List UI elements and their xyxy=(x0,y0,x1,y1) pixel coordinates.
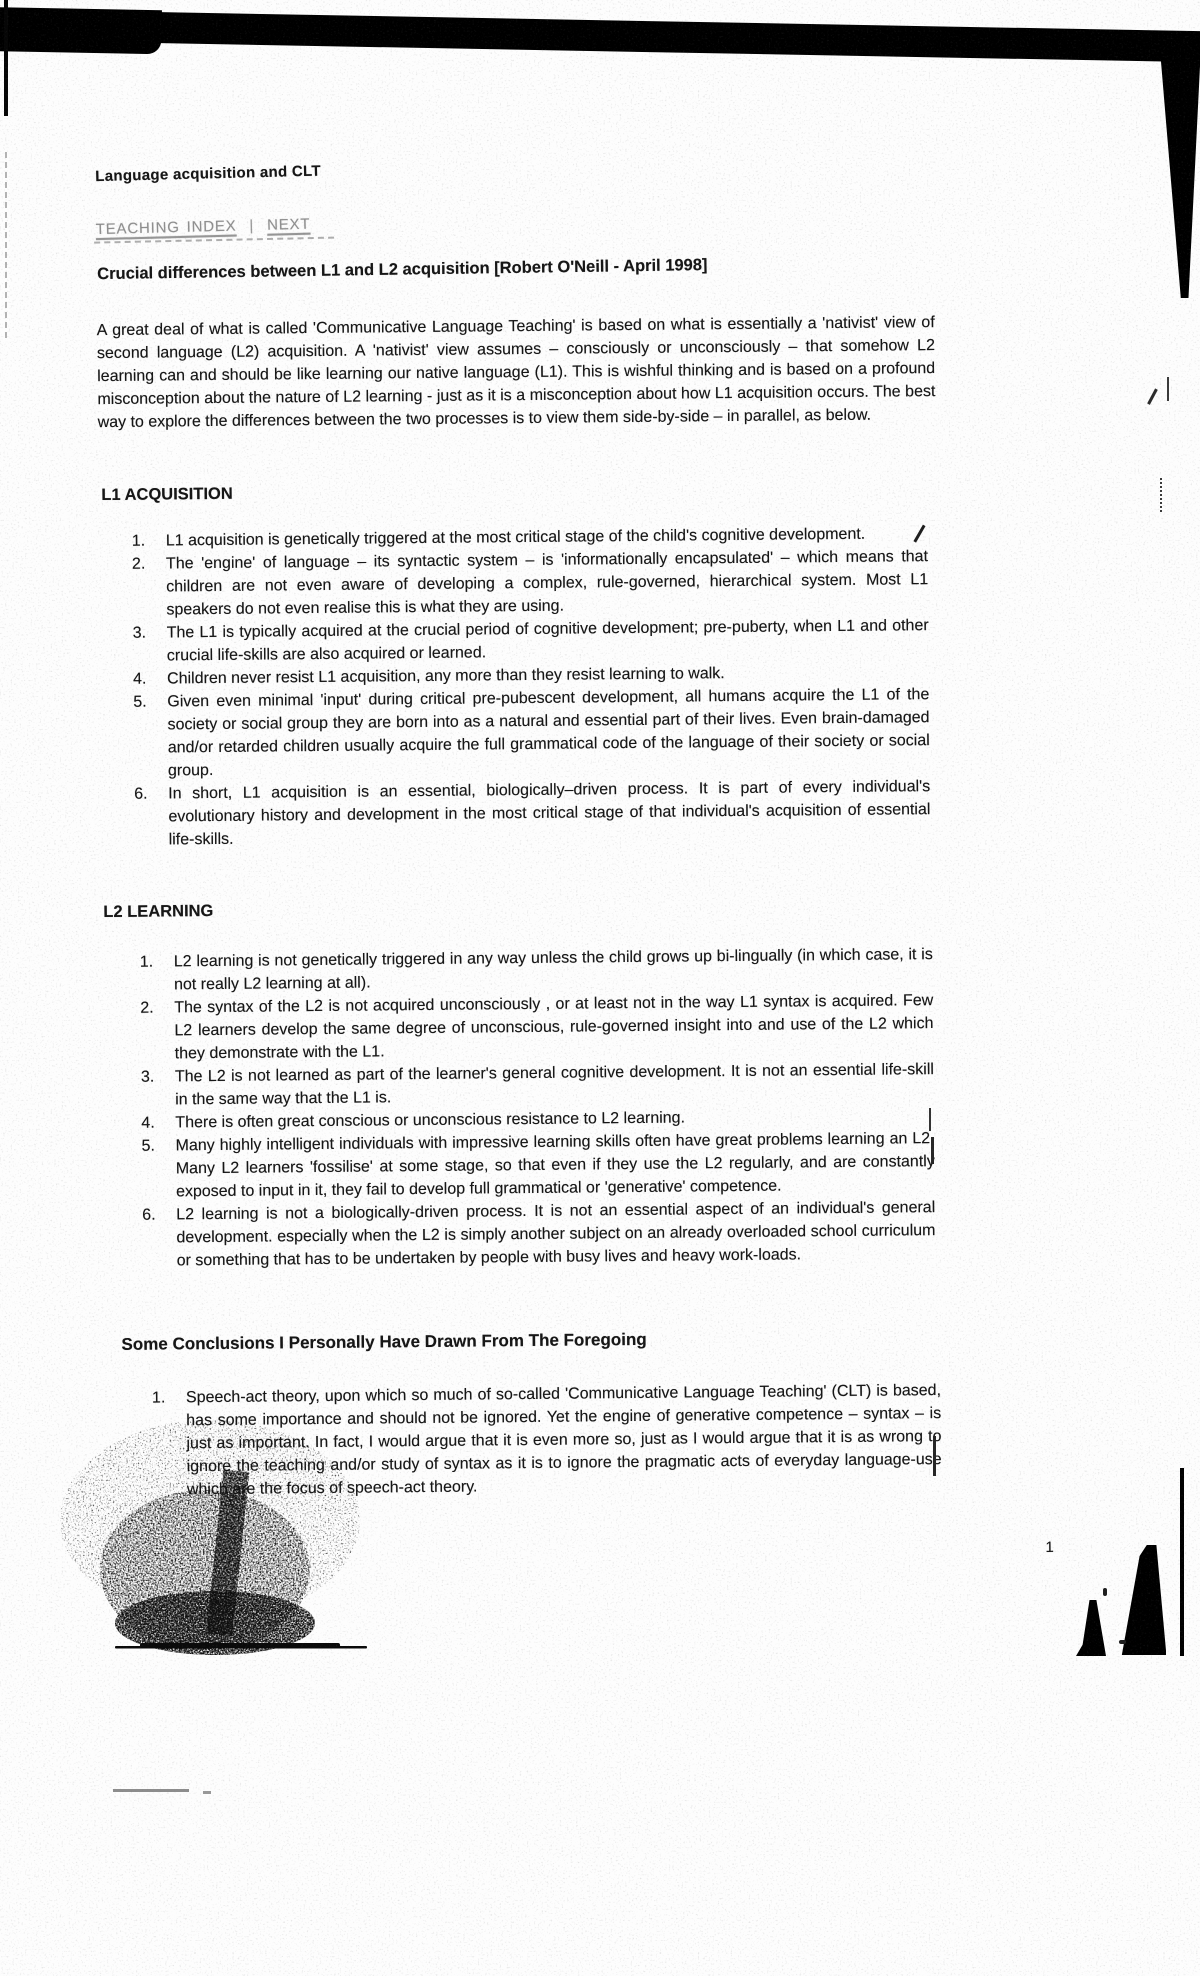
conclusions-heading: Some Conclusions I Personally Have Drawn… xyxy=(121,1328,841,1355)
scan-artifact-left-edge-dashes xyxy=(5,152,7,338)
l2-learning-list: 1. L2 learning is not genetically trigge… xyxy=(140,943,936,1273)
list-item: 3. The L2 is not learned as part of the … xyxy=(141,1058,934,1112)
list-item: 2. The 'engine' of language – its syntac… xyxy=(132,545,929,622)
scan-artifact-top-bar-left xyxy=(0,7,162,54)
scan-artifact-mark xyxy=(1160,478,1162,512)
list-item-number: 2. xyxy=(140,996,175,1065)
list-item-text: The L2 is not learned as part of the lea… xyxy=(175,1058,934,1111)
l2-learning-heading: L2 LEARNING xyxy=(103,902,213,922)
document-title: Crucial differences between L1 and L2 ac… xyxy=(97,254,877,285)
list-item-number: 6. xyxy=(134,782,169,851)
scan-artifact-mark xyxy=(1103,1588,1107,1596)
list-item: 5. Many highly intelligent individuals w… xyxy=(141,1127,935,1204)
list-item: 5. Given even minimal 'input' during cri… xyxy=(133,683,930,783)
list-item: 1. L2 learning is not genetically trigge… xyxy=(140,943,933,997)
l1-acquisition-heading: L1 ACQUISITION xyxy=(101,485,233,505)
next-link[interactable]: NEXT xyxy=(267,216,311,234)
list-item-text: Many highly intelligent individuals with… xyxy=(175,1127,935,1203)
document-header: Language acquisition and CLT xyxy=(95,163,321,186)
list-item-text: The 'engine' of language – its syntactic… xyxy=(166,545,929,621)
nav-links: TEACHING INDEX | NEXT xyxy=(96,216,311,238)
list-item-text: The syntax of the L2 is not acquired unc… xyxy=(174,989,934,1065)
scan-artifact-mark xyxy=(933,1436,936,1476)
intro-paragraph: A great deal of what is called 'Communic… xyxy=(97,311,936,434)
scan-artifact-mark xyxy=(1167,377,1169,401)
list-item-number: 3. xyxy=(133,621,167,667)
list-item-number: 3. xyxy=(141,1065,175,1111)
list-item-number: 5. xyxy=(141,1134,176,1203)
list-item-number: 4. xyxy=(133,667,167,690)
list-item-text: Given even minimal 'input' during critic… xyxy=(167,683,930,782)
list-item-number: 4. xyxy=(141,1111,175,1134)
scan-artifact-mark xyxy=(203,1791,211,1794)
scan-artifact-mark xyxy=(931,1137,934,1164)
page-number: 1 xyxy=(1045,1539,1054,1556)
nav-separator: | xyxy=(249,217,254,234)
list-item-number: 5. xyxy=(133,690,168,782)
scan-artifact-mark xyxy=(929,1108,931,1131)
list-item: 3. The L1 is typically acquired at the c… xyxy=(133,614,929,668)
list-item-text: The L1 is typically acquired at the cruc… xyxy=(167,614,929,667)
scanned-page: Language acquisition and CLT TEACHING IN… xyxy=(0,0,1200,1976)
teaching-index-link[interactable]: TEACHING INDEX xyxy=(96,218,237,239)
scan-artifact-left-edge-line xyxy=(4,0,8,116)
list-item-text: L2 learning is not a biologically-driven… xyxy=(176,1196,936,1272)
list-item: 2. The syntax of the L2 is not acquired … xyxy=(140,989,934,1066)
scan-artifact-mark xyxy=(1119,1640,1126,1644)
document-content: Language acquisition and CLT TEACHING IN… xyxy=(0,0,1200,1976)
scan-artifact-mark xyxy=(113,1789,189,1792)
list-item-number: 1. xyxy=(140,950,174,996)
list-item: 6. L2 learning is not a biologically-dri… xyxy=(142,1196,936,1273)
ink-smudge xyxy=(55,1410,375,1662)
list-item-text: In short, L1 acquisition is an essential… xyxy=(168,775,931,851)
list-item: 6. In short, L1 acquisition is an essent… xyxy=(134,775,931,852)
scan-artifact-bottom-right-line xyxy=(1180,1468,1184,1656)
l1-acquisition-list: 1. L1 acquisition is genetically trigger… xyxy=(132,522,931,852)
list-item-number: 1. xyxy=(132,529,166,552)
list-item-number: 6. xyxy=(142,1203,177,1272)
list-item-text: L2 learning is not genetically triggered… xyxy=(174,943,933,996)
list-item-number: 2. xyxy=(132,552,167,621)
